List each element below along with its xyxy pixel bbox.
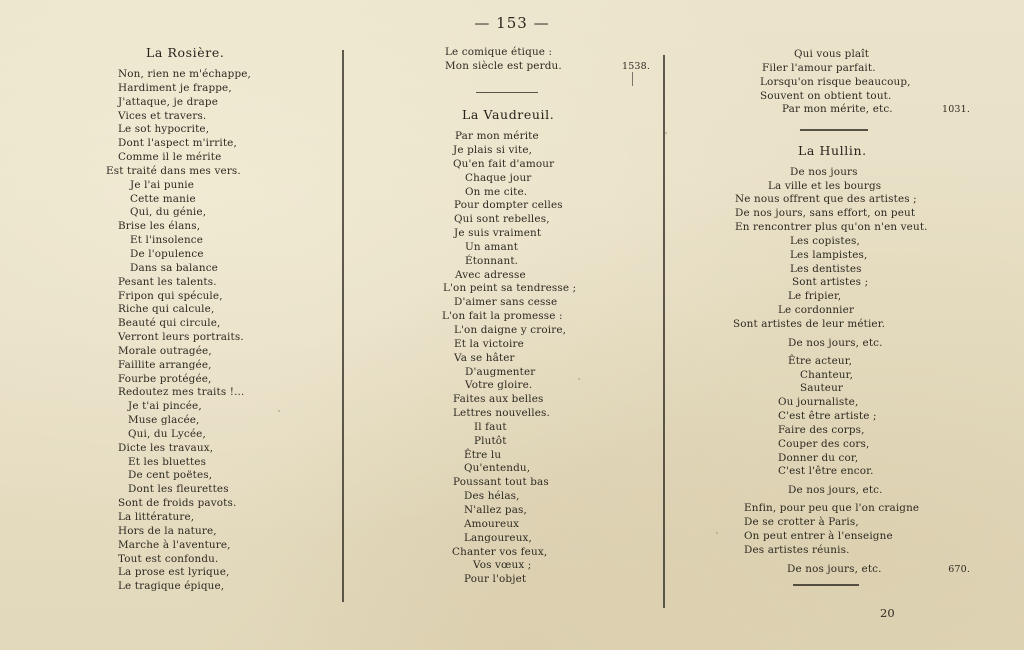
verse-text: On me cite.	[465, 186, 527, 198]
verse-continuation: Qui vous plaîtFiler l'amour parfait.Lors…	[730, 48, 970, 117]
verse-line: Être lu	[440, 449, 650, 463]
verse-line: Des hélas,	[440, 490, 650, 504]
verse-text: Donner du cor,	[778, 452, 858, 464]
verse-line: Marche à l'aventure,	[106, 539, 326, 553]
verse-line: Qui, du Lycée,	[106, 428, 326, 442]
verse-line: Chanter vos feux,	[440, 546, 650, 560]
verse-text: De nos jours, etc.	[788, 484, 883, 496]
verse-line: Fripon qui spécule,	[106, 290, 326, 304]
verse-line: La ville et les bourgs	[730, 180, 970, 194]
section-separator	[476, 92, 538, 94]
verse-text: Lettres nouvelles.	[453, 407, 550, 419]
page-number: — 153 —	[0, 14, 1024, 32]
verse-line: Et les bluettes	[106, 456, 326, 470]
verse-line: Ou journaliste,	[730, 396, 970, 410]
verse-text: Riche qui calcule,	[118, 303, 214, 315]
verse-text: Et la victoire	[454, 338, 524, 350]
verse-text: De nos jours, etc.	[787, 563, 882, 575]
song-title-la-rosiere: La Rosière.	[106, 44, 326, 62]
verse-text: Mon siècle est perdu.	[445, 60, 562, 72]
verse-text: Hors de la nature,	[118, 525, 217, 537]
verse-text: Étonnant.	[465, 255, 518, 267]
verse-text: Le sot hypocrite,	[118, 123, 209, 135]
book-page: — 153 — La Rosière. Non, rien ne m'échap…	[0, 0, 1024, 650]
verse-text: Vices et travers.	[118, 110, 206, 122]
verse-text: Des hélas,	[464, 490, 520, 502]
verse-line: Faire des corps,	[730, 424, 970, 438]
verse-text: Souvent on obtient tout.	[760, 90, 891, 102]
verse-text: Être acteur,	[788, 355, 852, 367]
verse-line: Les dentistes	[730, 263, 970, 277]
verse-text: Non, rien ne m'échappe,	[118, 68, 251, 80]
verse-text: Est traité dans mes vers.	[106, 165, 241, 177]
verse-line: Il faut	[440, 421, 650, 435]
verse-line: Pesant les talents.	[106, 276, 326, 290]
verse-text: Et les bluettes	[128, 456, 206, 468]
verse-text: Et l'insolence	[130, 234, 203, 246]
verse-line: Je plais si vite,	[440, 144, 650, 158]
verse-continuation: Le comique étique :Mon siècle est perdu.…	[440, 46, 650, 74]
verse-line: C'est l'être encor.	[730, 465, 970, 479]
verse-text: Le cordonnier	[778, 304, 854, 316]
verse-line: Sauteur	[730, 382, 970, 396]
verse-text: Beauté qui circule,	[118, 317, 221, 329]
verse-text: Les lampistes,	[790, 249, 867, 261]
verse-line: Des artistes réunis.	[730, 544, 970, 558]
verse-line: Morale outragée,	[106, 345, 326, 359]
verse-line: N'allez pas,	[440, 504, 650, 518]
verse-line: Qui, du génie,	[106, 206, 326, 220]
verse-text: La prose est lyrique,	[118, 566, 229, 578]
verse-line: Avec adresse	[440, 269, 650, 283]
column-divider-right	[663, 55, 665, 608]
verse-text: Être lu	[464, 449, 501, 461]
verse-text: Le comique étique :	[445, 46, 552, 58]
song-title-la-vaudreuil: La Vaudreuil.	[440, 106, 650, 124]
verse-text: Par mon mérite, etc.	[782, 103, 893, 115]
verse-text: Langoureux,	[464, 532, 532, 544]
verse-text: Je l'ai punie	[130, 179, 194, 191]
verse-line: Sont artistes de leur métier.	[730, 318, 970, 332]
verse-text: De nos jours, etc.	[788, 337, 883, 349]
verse-text: Hardiment je frappe,	[118, 82, 232, 94]
verse-line: Tout est confondu.	[106, 553, 326, 567]
verse-line: Redoutez mes traits !...	[106, 386, 326, 400]
verse-line: La prose est lyrique,	[106, 566, 326, 580]
verse-line: Hardiment je frappe,	[106, 82, 326, 96]
verse-line: Donner du cor,	[730, 452, 970, 466]
verse-line: Sont artistes ;	[730, 276, 970, 290]
verse-text: Pour dompter celles	[454, 199, 563, 211]
verse-text: On peut entrer à l'enseigne	[744, 530, 893, 542]
verse-text: Ou journaliste,	[778, 396, 858, 408]
verse-text: L'on peint sa tendresse ;	[443, 282, 576, 294]
verse-text: Pesant les talents.	[118, 276, 217, 288]
verse-text: Qui vous plaît	[794, 48, 869, 60]
verse-line: Étonnant.	[440, 255, 650, 269]
verse-line: Le tragique épique,	[106, 580, 326, 594]
verse-line: De l'opulence	[106, 248, 326, 262]
verse-text: De se crotter à Paris,	[744, 516, 859, 528]
verse-line: L'on daigne y croire,	[440, 324, 650, 338]
section-separator	[800, 129, 868, 131]
paper-speck	[278, 410, 280, 412]
verse-line: C'est être artiste ;	[730, 410, 970, 424]
verse-text: Couper des cors,	[778, 438, 869, 450]
verse-text: Sont de froids pavots.	[118, 497, 236, 509]
verse-line: Pour l'objet	[440, 573, 650, 587]
verse-line: De nos jours, etc.670.	[730, 563, 970, 577]
verse-line: Un amant	[440, 241, 650, 255]
verse-line: Ne nous offrent que des artistes ;	[730, 193, 970, 207]
song-number: 1538.	[622, 60, 650, 74]
verse-line: En rencontrer plus qu'on n'en veut.	[730, 221, 970, 235]
verse-line: Fourbe protégée,	[106, 373, 326, 387]
verse-line: Langoureux,	[440, 532, 650, 546]
verse-list: Non, rien ne m'échappe,Hardiment je frap…	[106, 68, 326, 594]
verse-line: Par mon mérite, etc.1031.	[730, 103, 970, 117]
verse-line: Je t'ai pincée,	[106, 400, 326, 414]
verse-line: La littérature,	[106, 511, 326, 525]
verse-text: Morale outragée,	[118, 345, 212, 357]
song-number: 1031.	[942, 103, 970, 117]
verse-line: Lorsqu'on risque beaucoup,	[730, 76, 970, 90]
verse-text: Muse glacée,	[128, 414, 200, 426]
verse-line: Qu'en fait d'amour	[440, 158, 650, 172]
verse-line: Riche qui calcule,	[106, 303, 326, 317]
paper-speck	[716, 532, 718, 534]
verse-text: Brise les élans,	[118, 220, 200, 232]
verse-line: Qu'entendu,	[440, 462, 650, 476]
verse-line: De nos jours	[730, 166, 970, 180]
verse-text: Fourbe protégée,	[118, 373, 212, 385]
verse-text: De nos jours, sans effort, on peut	[735, 207, 915, 219]
verse-text: Dicte les travaux,	[118, 442, 213, 454]
verse-text: Un amant	[465, 241, 518, 253]
verse-text: Poussant tout bas	[453, 476, 549, 488]
verse-line: Qui sont rebelles,	[440, 213, 650, 227]
verse-line: Être acteur,	[730, 355, 970, 369]
verse-text: Les copistes,	[790, 235, 860, 247]
verse-text: L'on fait la promesse :	[442, 310, 563, 322]
verse-line: Lettres nouvelles.	[440, 407, 650, 421]
verse-line: Pour dompter celles	[440, 199, 650, 213]
verse-line: Muse glacée,	[106, 414, 326, 428]
verse-line: Vices et travers.	[106, 110, 326, 124]
verse-line: De nos jours, sans effort, on peut	[730, 207, 970, 221]
verse-line: L'on fait la promesse :	[440, 310, 650, 324]
verse-text: Votre gloire.	[465, 379, 532, 391]
verse-text: De l'opulence	[130, 248, 204, 260]
verse-text: Filer l'amour parfait.	[762, 62, 876, 74]
verse-text: Verront leurs portraits.	[118, 331, 244, 343]
verse-line: Va se hâter	[440, 352, 650, 366]
verse-text: La littérature,	[118, 511, 194, 523]
verse-text: Lorsqu'on risque beaucoup,	[760, 76, 911, 88]
verse-text: Marche à l'aventure,	[118, 539, 231, 551]
verse-text: Avec adresse	[455, 269, 526, 281]
verse-line: Sont de froids pavots.	[106, 497, 326, 511]
verse-text: Le tragique épique,	[118, 580, 224, 592]
verse-line: Et l'insolence	[106, 234, 326, 248]
column-divider-left	[342, 50, 344, 602]
verse-text: Des artistes réunis.	[744, 544, 850, 556]
verse-text: Plutôt	[474, 435, 507, 447]
end-ornament-rule	[793, 584, 859, 586]
verse-text: N'allez pas,	[464, 504, 527, 516]
verse-text: Chaque jour	[465, 172, 531, 184]
verse-line: Est traité dans mes vers.	[106, 165, 326, 179]
verse-text: Chanter vos feux,	[452, 546, 547, 558]
verse-text: D'augmenter	[465, 366, 535, 378]
verse-line: Couper des cors,	[730, 438, 970, 452]
verse-line: Filer l'amour parfait.	[730, 62, 970, 76]
verse-line: Faillite arrangée,	[106, 359, 326, 373]
verse-line: Dans sa balance	[106, 262, 326, 276]
verse-text: Qu'en fait d'amour	[453, 158, 554, 170]
verse-line: Le sot hypocrite,	[106, 123, 326, 137]
verse-line: Plutôt	[440, 435, 650, 449]
column-right: Qui vous plaîtFiler l'amour parfait.Lors…	[730, 44, 970, 586]
verse-line: Poussant tout bas	[440, 476, 650, 490]
verse-line: Hors de la nature,	[106, 525, 326, 539]
paper-speck	[665, 132, 667, 134]
verse-text: Vos vœux ;	[473, 559, 531, 571]
verse-line: De nos jours, etc.	[730, 337, 970, 351]
verse-text: Qui, du génie,	[130, 206, 206, 218]
verse-text: Enfin, pour peu que l'on craigne	[744, 502, 919, 514]
verse-line: On peut entrer à l'enseigne	[730, 530, 970, 544]
verse-text: Ne nous offrent que des artistes ;	[735, 193, 917, 205]
verse-line: Non, rien ne m'échappe,	[106, 68, 326, 82]
verse-line: De se crotter à Paris,	[730, 516, 970, 530]
verse-line: Le comique étique :	[440, 46, 650, 60]
verse-text: Pour l'objet	[464, 573, 526, 585]
verse-text: Sauteur	[800, 382, 843, 394]
verse-text: Fripon qui spécule,	[118, 290, 223, 302]
verse-line: Faites aux belles	[440, 393, 650, 407]
verse-text: C'est l'être encor.	[778, 465, 874, 477]
verse-text: Amoureux	[464, 518, 519, 530]
verse-text: La ville et les bourgs	[768, 180, 881, 192]
verse-text: Par mon mérite	[455, 130, 539, 142]
verse-line: D'aimer sans cesse	[440, 296, 650, 310]
verse-text: Redoutez mes traits !...	[118, 386, 244, 398]
verse-text: Dont les fleurettes	[128, 483, 229, 495]
verse-text: C'est être artiste ;	[778, 410, 877, 422]
verse-line: Brise les élans,	[106, 220, 326, 234]
verse-line: Dicte les travaux,	[106, 442, 326, 456]
verse-text: Va se hâter	[454, 352, 515, 364]
verse-text: Tout est confondu.	[118, 553, 218, 565]
verse-line: De nos jours, etc.	[730, 484, 970, 498]
verse-line: De cent poëtes,	[106, 469, 326, 483]
verse-line: Comme il le mérite	[106, 151, 326, 165]
verse-line: Amoureux	[440, 518, 650, 532]
song-number: 670.	[948, 563, 970, 577]
verse-line: J'attaque, je drape	[106, 96, 326, 110]
verse-line: Et la victoire	[440, 338, 650, 352]
verse-text: J'attaque, je drape	[118, 96, 218, 108]
verse-text: Chanteur,	[800, 369, 853, 381]
verse-line: Enfin, pour peu que l'on craigne	[730, 502, 970, 516]
verse-text: L'on daigne y croire,	[454, 324, 566, 336]
verse-line: Chanteur,	[730, 369, 970, 383]
verse-text: Dont l'aspect m'irrite,	[118, 137, 237, 149]
verse-line: Dont l'aspect m'irrite,	[106, 137, 326, 151]
verse-text: Qui sont rebelles,	[454, 213, 550, 225]
column-middle: Le comique étique :Mon siècle est perdu.…	[440, 44, 650, 587]
verse-text: Comme il le mérite	[118, 151, 221, 163]
verse-line: Chaque jour	[440, 172, 650, 186]
verse-line: Dont les fleurettes	[106, 483, 326, 497]
verse-text: Qui, du Lycée,	[128, 428, 206, 440]
verse-line: Je l'ai punie	[106, 179, 326, 193]
verse-text: Qu'entendu,	[464, 462, 530, 474]
verse-list: Par mon mériteJe plais si vite,Qu'en fai…	[440, 130, 650, 587]
verse-text: Je suis vraiment	[454, 227, 541, 239]
verse-line: Vos vœux ;	[440, 559, 650, 573]
verse-text: En rencontrer plus qu'on n'en veut.	[735, 221, 928, 233]
verse-text: Le fripier,	[788, 290, 841, 302]
verse-text: Cette manie	[130, 193, 196, 205]
signature-mark: 20	[880, 606, 895, 620]
verse-text: Faites aux belles	[453, 393, 544, 405]
verse-text: D'aimer sans cesse	[454, 296, 557, 308]
verse-text: Il faut	[474, 421, 507, 433]
verse-text: Faire des corps,	[778, 424, 865, 436]
verse-line: Mon siècle est perdu.1538.	[440, 60, 650, 74]
verse-line: Par mon mérite	[440, 130, 650, 144]
verse-line: Beauté qui circule,	[106, 317, 326, 331]
verse-line: Je suis vraiment	[440, 227, 650, 241]
verse-text: Je plais si vite,	[453, 144, 532, 156]
verse-text: De nos jours	[790, 166, 858, 178]
verse-line: D'augmenter	[440, 366, 650, 380]
verse-line: L'on peint sa tendresse ;	[440, 282, 650, 296]
song-title-la-hullin: La Hullin.	[730, 142, 970, 160]
column-left: La Rosière. Non, rien ne m'échappe,Hardi…	[106, 44, 326, 594]
verse-line: On me cite.	[440, 186, 650, 200]
verse-text: Je t'ai pincée,	[128, 400, 202, 412]
paper-speck	[578, 378, 580, 380]
verse-text: Les dentistes	[790, 263, 862, 275]
verse-text: Sont artistes ;	[792, 276, 868, 288]
verse-text: Faillite arrangée,	[118, 359, 212, 371]
verse-text: Sont artistes de leur métier.	[733, 318, 885, 330]
verse-line: Les copistes,	[730, 235, 970, 249]
verse-line: Le cordonnier	[730, 304, 970, 318]
verse-line: Votre gloire.	[440, 379, 650, 393]
verse-line: Qui vous plaît	[730, 48, 970, 62]
verse-line: Le fripier,	[730, 290, 970, 304]
verse-text: De cent poëtes,	[128, 469, 212, 481]
verse-list: De nos joursLa ville et les bourgsNe nou…	[730, 166, 970, 577]
verse-line: Cette manie	[106, 193, 326, 207]
verse-line: Les lampistes,	[730, 249, 970, 263]
verse-line: Souvent on obtient tout.	[730, 90, 970, 104]
verse-text: Dans sa balance	[130, 262, 218, 274]
verse-line: Verront leurs portraits.	[106, 331, 326, 345]
